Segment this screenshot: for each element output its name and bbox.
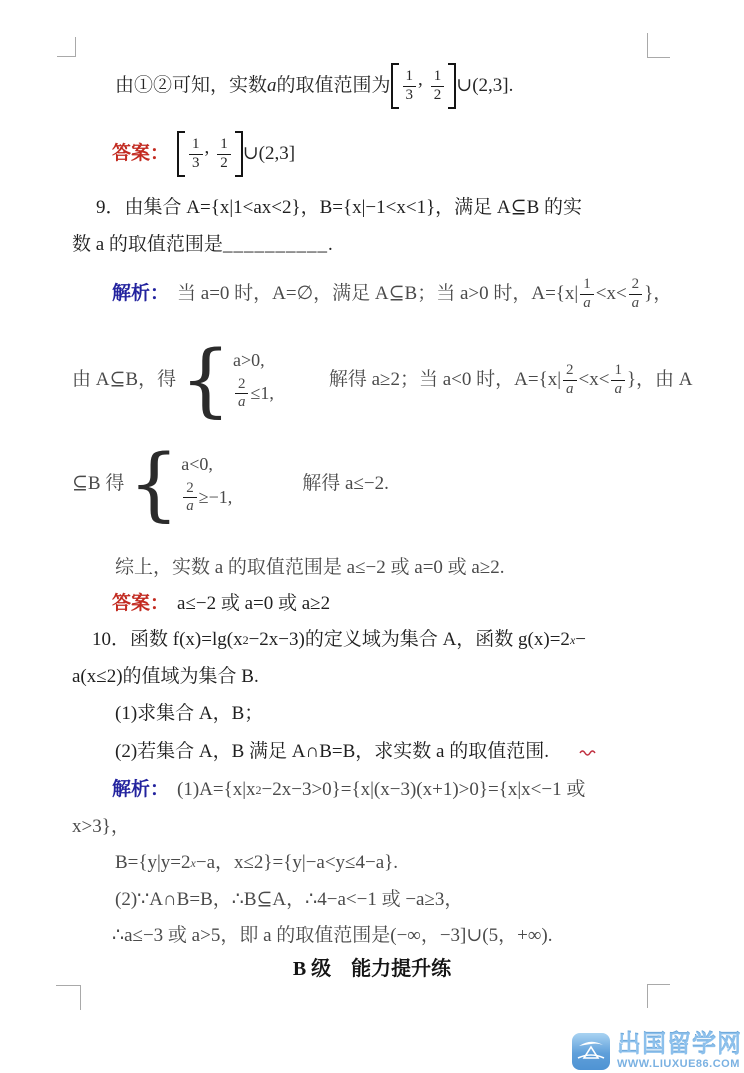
text-run: a(x≤2)的值域为集合 B. <box>72 665 259 689</box>
liuxue86-logo <box>572 1033 610 1070</box>
analysis-10-line-1: 解析： (1)A={x|x2−2x−3>0}={x|(x−3)(x+1)>0}=… <box>112 778 585 802</box>
fraction: 13 <box>189 136 203 172</box>
crop-mark-bottom-left <box>56 985 81 1010</box>
watermark: 出国留学网 WWW.LIUXUE86.COM <box>572 1033 742 1070</box>
document-page: 由①②可知，实数 a 的取值范围为 13 , 12 ∪(2,3]. 答案： 13… <box>0 0 744 1073</box>
text-run: 当 a=0 时，A=∅，满足 A⊆B；当 a>0 时，A={x| <box>177 282 578 306</box>
equation-system: a<0, 2a ≥−1, <box>181 453 232 515</box>
text-run: (1)求集合 A，B； <box>115 702 263 726</box>
question-9-line-2: 数 a 的取值范围是__________. <box>72 233 333 257</box>
left-brace-icon: { <box>180 342 231 418</box>
question-10-line-2: a(x≤2)的值域为集合 B. <box>72 665 259 689</box>
text-run: ≤1, <box>250 382 273 405</box>
text-run: ∴a≤−3 或 a>5，即 a 的取值范围是(−∞，−3]∪(5，+∞). <box>112 924 552 948</box>
left-bracket-icon <box>177 131 185 177</box>
text-run: −2x−3)的定义域为集合 A，函数 g(x)=2 <box>249 628 570 652</box>
fraction: 2a <box>563 362 577 398</box>
crop-mark-bottom-right <box>647 984 670 1008</box>
question-10-part-1: (1)求集合 A，B； <box>115 702 263 726</box>
text-run: 综上，实数 a 的取值范围是 a≤−2 或 a=0 或 a≥2. <box>115 556 505 580</box>
analysis-label: 解析： <box>112 282 169 306</box>
text-run: 函数 f(x)=lg(x <box>130 628 243 652</box>
analysis-10-line-5: ∴a≤−3 或 a>5，即 a 的取值范围是(−∞，−3]∪(5，+∞). <box>112 924 552 948</box>
question-9-line-1: 9．由集合 A={x|1<ax<2}，B={x|−1<x<1}，满足 A⊆B 的… <box>96 196 582 220</box>
text-run: 的取值范围为 <box>277 74 391 98</box>
text-run: −2x−3>0}={x|(x−3)(x+1)>0}={x|x<−1 或 <box>262 778 586 802</box>
text-run: }， <box>644 282 672 306</box>
question-10-line-1: 10．函数 f(x)=lg(x2−2x−3)的定义域为集合 A，函数 g(x)=… <box>92 628 586 652</box>
text-run: B={y|y=2 <box>115 851 191 875</box>
watermark-text: 出国留学网 WWW.LIUXUE86.COM <box>617 1033 742 1070</box>
answer-label: 答案： <box>112 592 169 616</box>
text-run: , <box>418 68 423 92</box>
summary-line: 综上，实数 a 的取值范围是 a≤−2 或 a=0 或 a≥2. <box>115 556 505 580</box>
text-run: . <box>328 233 333 257</box>
text-run: 由①②可知，实数 <box>115 74 267 98</box>
right-bracket-icon <box>235 131 243 177</box>
text-run: ⊆B 得 <box>72 472 124 496</box>
fraction: 1a <box>580 276 594 312</box>
fraction: 1a <box>611 362 625 398</box>
watermark-site-name: 出国留学网 <box>617 1033 742 1057</box>
analysis-10-line-4: (2)∵A∩B=B，∴B⊆A，∴4−a<−1 或 −a≥3， <box>115 888 463 912</box>
graduation-cap-icon <box>576 1038 606 1066</box>
system-row: 2a ≥−1, <box>181 480 232 516</box>
variable-a: a <box>267 74 277 98</box>
question-number: 9． <box>96 196 125 220</box>
text-run: ∪(2,3] <box>243 142 295 166</box>
left-bracket-icon <box>391 63 399 109</box>
fraction: 2a <box>235 376 249 412</box>
question-number: 10． <box>92 628 130 652</box>
crop-mark-top-left <box>57 37 76 57</box>
system-line-2: ⊆B 得 { a<0, 2a ≥−1, 解得 a≤−2. <box>72 440 389 528</box>
text-run: 解得 a≥2；当 a<0 时，A={x| <box>329 368 561 392</box>
red-squiggle-mark <box>579 748 597 756</box>
fraction: 2a <box>629 276 643 312</box>
right-bracket-icon <box>448 63 456 109</box>
watermark-url: WWW.LIUXUE86.COM <box>617 1059 740 1070</box>
text-run: 由集合 A={x|1<ax<2}，B={x|−1<x<1}，满足 A⊆B 的实 <box>125 196 583 220</box>
fraction: 2a <box>183 480 197 516</box>
text-run: − <box>575 628 586 652</box>
analysis-10-line-2: x>3}， <box>72 815 130 839</box>
text-run: <x< <box>596 282 627 306</box>
text-run: , <box>205 136 210 160</box>
text-run: (1)A={x|x <box>177 778 256 802</box>
section-heading: B 级 能力提升练 <box>0 952 744 981</box>
answer-line-9: 答案： a≤−2 或 a=0 或 a≥2 <box>112 592 330 616</box>
text-run: x>3}， <box>72 815 130 839</box>
text-run: ≥−1, <box>199 486 233 509</box>
analysis-9-line: 解析： 当 a=0 时，A=∅，满足 A⊆B；当 a>0 时，A={x| 1a … <box>112 268 672 320</box>
fraction: 13 <box>403 68 417 104</box>
system-row: 2a ≤1, <box>233 376 274 412</box>
text-run: <x< <box>579 368 610 392</box>
system-row: a<0, <box>181 453 232 476</box>
fraction: 12 <box>217 136 231 172</box>
answer-line-8: 答案： 13 , 12 ∪(2,3] <box>112 126 295 182</box>
text-run: 由 A⊆B，得 <box>72 368 176 392</box>
system-line-1: 由 A⊆B，得 { a>0, 2a ≤1, 解得 a≥2；当 a<0 时，A={… <box>72 336 693 424</box>
analysis-10-line-3: B={y|y=2x−a，x≤2}={y|−a<y≤4−a}. <box>115 851 398 875</box>
answer-blank: __________ <box>223 233 328 257</box>
fraction: 12 <box>431 68 445 104</box>
question-10-part-2: (2)若集合 A，B 满足 A∩B=B，求实数 a 的取值范围. <box>115 740 597 764</box>
text-run: }，由 A <box>627 368 693 392</box>
text-run: a≤−2 或 a=0 或 a≥2 <box>177 592 330 616</box>
text-run: (2)∵A∩B=B，∴B⊆A，∴4−a<−1 或 −a≥3， <box>115 888 463 912</box>
left-brace-icon: { <box>128 446 179 522</box>
text-run: ∪(2,3]. <box>456 74 513 98</box>
conclusion-line: 由①②可知，实数 a 的取值范围为 13 , 12 ∪(2,3]. <box>115 58 513 114</box>
text-run: −a，x≤2}={y|−a<y≤4−a}. <box>196 851 398 875</box>
crop-mark-top-right <box>647 33 670 58</box>
text-run: 数 a 的取值范围是 <box>72 233 223 257</box>
answer-label: 答案： <box>112 142 169 166</box>
equation-system: a>0, 2a ≤1, <box>233 349 274 411</box>
system-row: a>0, <box>233 349 274 372</box>
analysis-label: 解析： <box>112 778 169 802</box>
text-run: (2)若集合 A，B 满足 A∩B=B，求实数 a 的取值范围. <box>115 740 549 764</box>
text-run: 解得 a≤−2. <box>302 472 389 496</box>
